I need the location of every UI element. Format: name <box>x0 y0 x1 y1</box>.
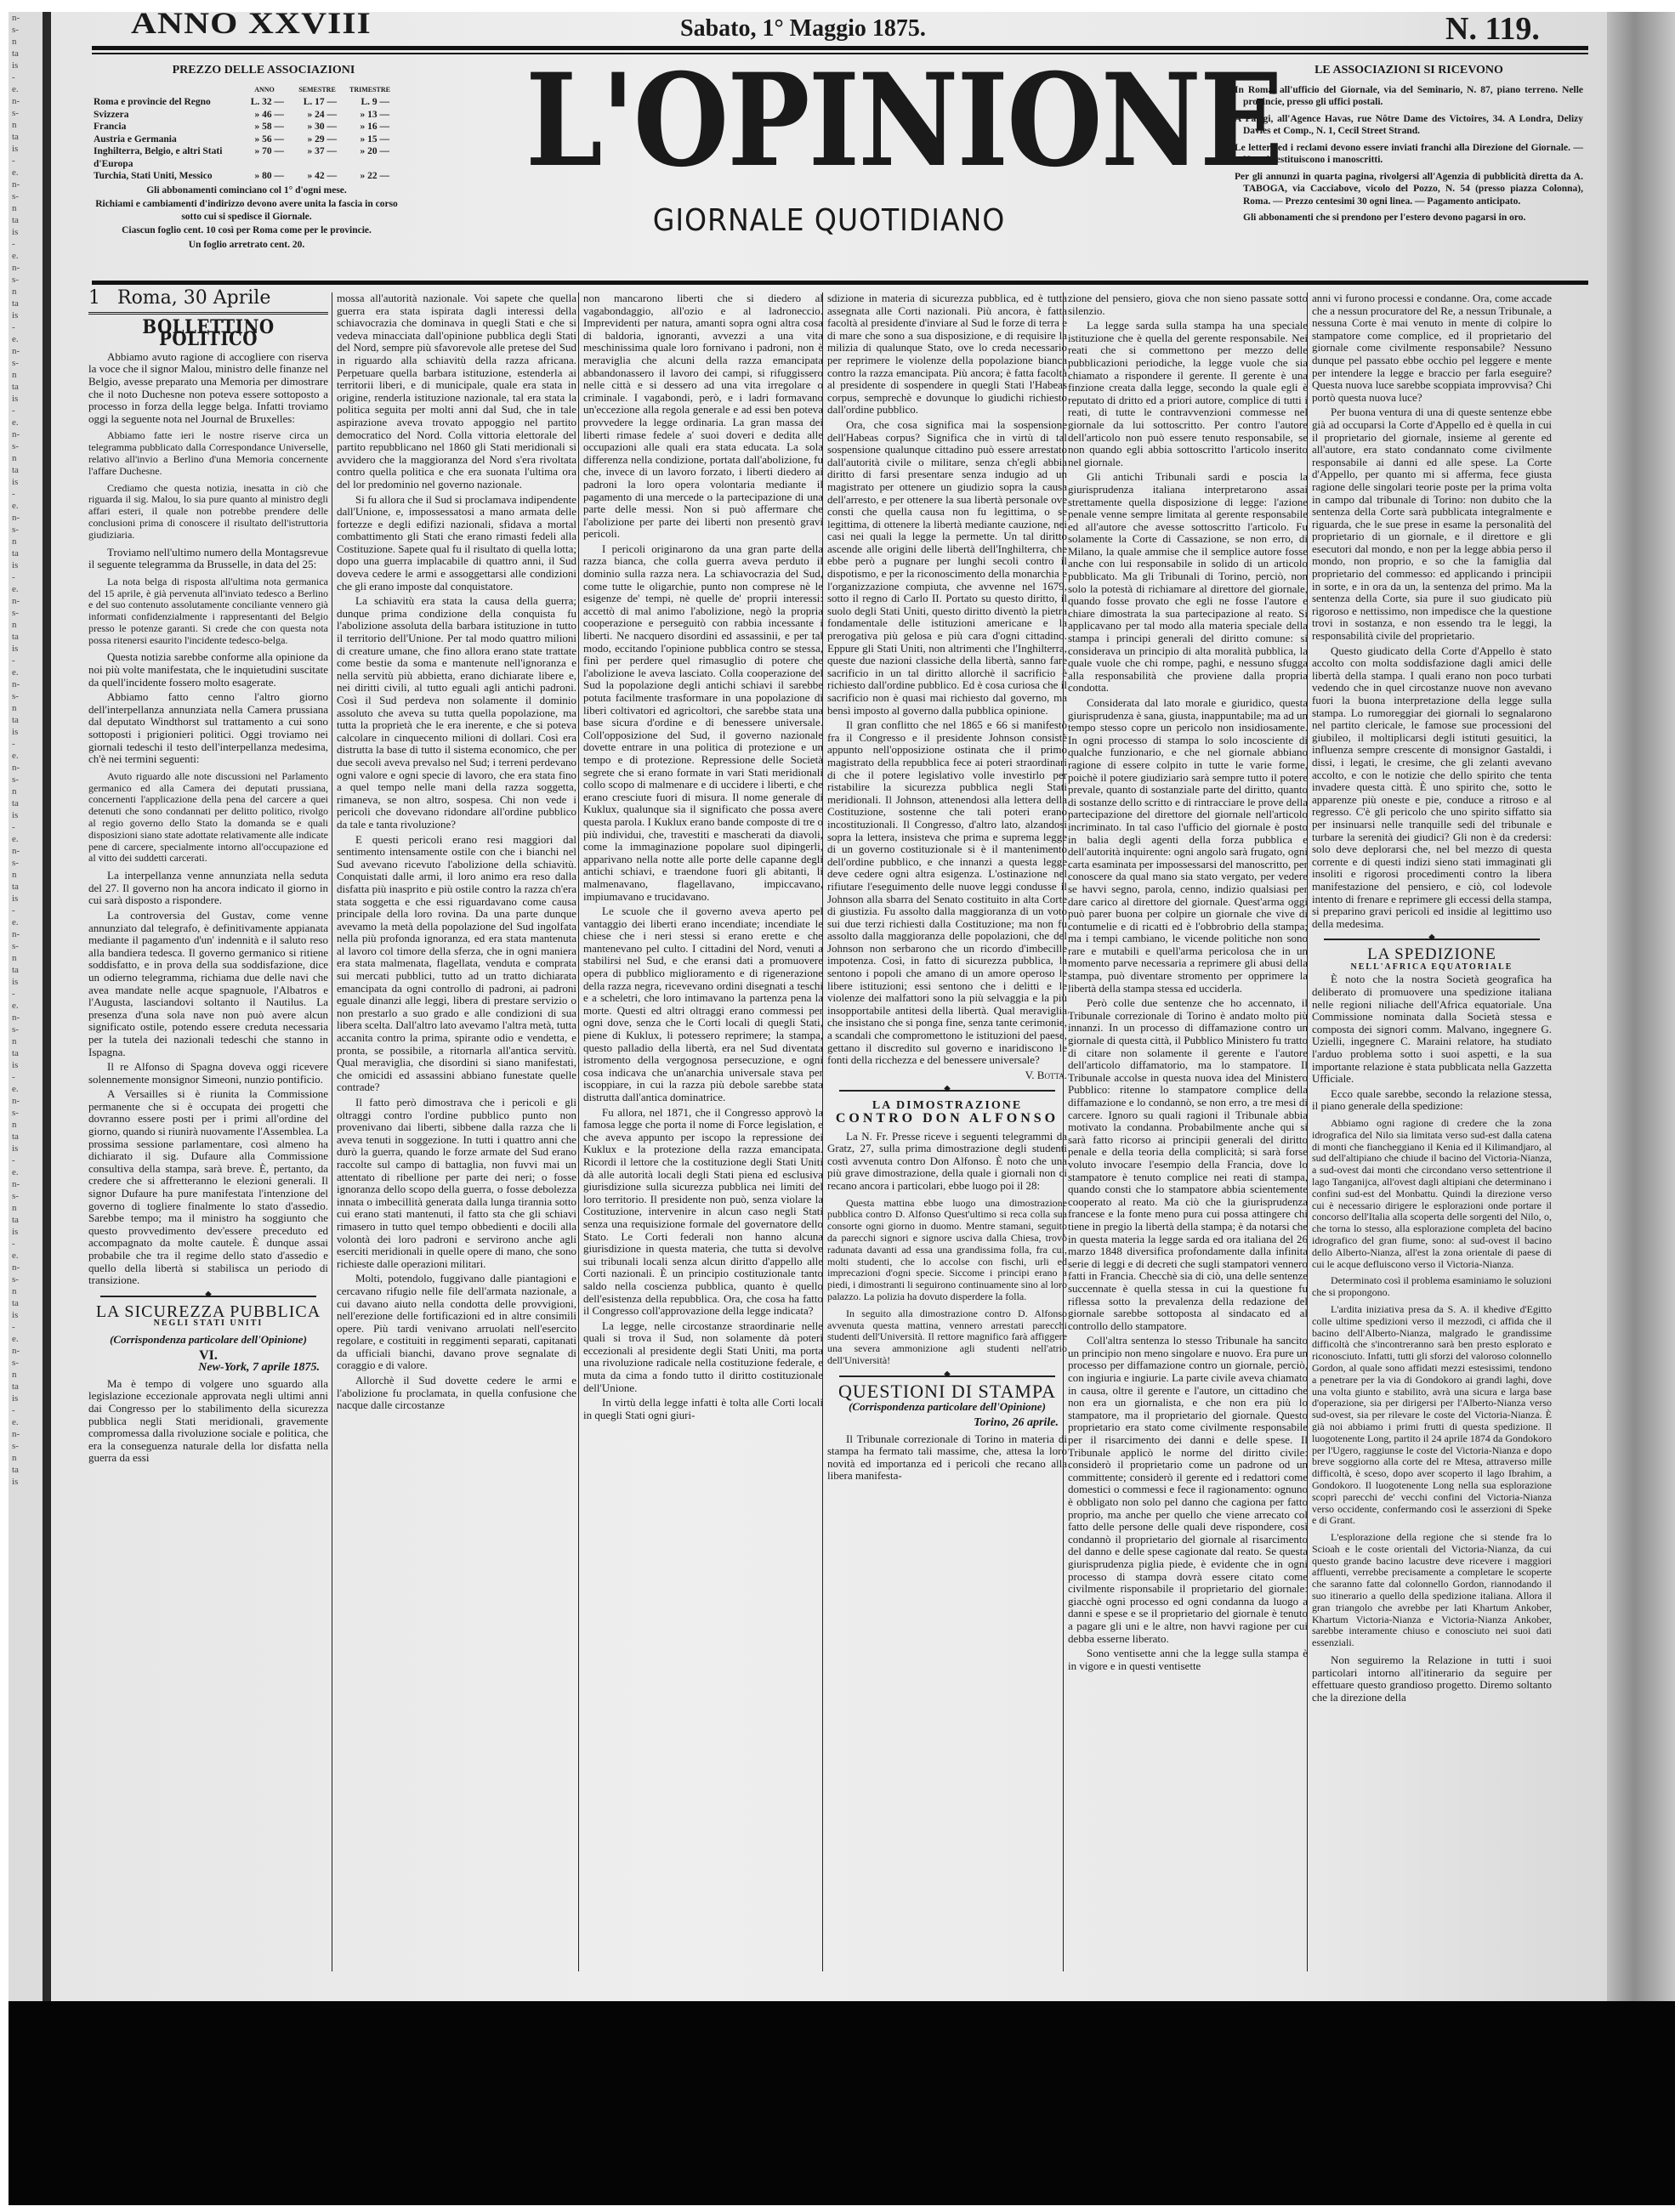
place-date: New-York, 7 aprile 1875. <box>88 1362 328 1375</box>
column-5: zione del pensiero, giova che non sieno … <box>1068 292 1308 1675</box>
paragraph: Ora, che cosa significa mai la sospensio… <box>827 419 1067 717</box>
paragraph: Troviamo nell'ultimo numero della Montag… <box>88 547 328 571</box>
prices-header-row: ANNO SEMESTRE TRIMESTRE <box>94 84 400 97</box>
paragraph: I pericoli originarono da una gran parte… <box>583 543 823 903</box>
price-row: Austria e Germania» 56 —» 29 —» 15 — <box>94 133 400 146</box>
masthead-bottom-rule <box>92 281 1588 285</box>
paragraph: La interpellanza venne annunziata nella … <box>88 870 328 907</box>
subscription-info: LE ASSOCIAZIONI SI RICEVONO In Roma, all… <box>1235 65 1583 229</box>
quote-paragraph: Abbiamo fatte ieri le nostre riserve cir… <box>88 430 328 477</box>
paragraph: sdizione in materia di sicurezza pubblic… <box>827 292 1067 417</box>
assoc-paragraph: Le lettere ed i reclami devono essere in… <box>1235 142 1583 167</box>
prices-table: Roma e provincie del RegnoL. 32 —L. 17 —… <box>94 96 400 183</box>
rule <box>88 312 328 315</box>
article-subheading: CONTRO DON ALFONSO <box>827 1113 1067 1126</box>
ornamental-rule <box>1324 939 1540 940</box>
column-2: mossa all'autorità nazionale. Voi sapete… <box>337 292 576 1415</box>
article-heading: LA SPEDIZIONE <box>1312 949 1552 961</box>
prices-note: Richiami e cambiamenti d'indirizzo devon… <box>94 198 400 223</box>
paragraph: Non seguiremo la Relazione in tutti i su… <box>1312 1654 1552 1704</box>
paragraph: Ecco quale sarebbe, secondo la relazione… <box>1312 1088 1552 1113</box>
newspaper-subtitle: GIORNALE QUOTIDIANO <box>590 203 1067 238</box>
column-separator <box>332 292 332 1971</box>
paragraph: Ma è tempo di volgere uno sguardo alla l… <box>88 1378 328 1465</box>
paragraph: E questi pericoli erano resi maggiori da… <box>337 834 576 1094</box>
paragraph: Si fu allora che il Sud si proclamava in… <box>337 494 576 593</box>
article-subheading: NELL'AFRICA EQUATORIALE <box>1312 961 1552 974</box>
assoc-paragraph: Per gli annunzi in quarta pagina, rivolg… <box>1235 171 1583 208</box>
paragraph: La controversia del Gustav, come venne a… <box>88 910 328 1058</box>
paragraph: La N. Fr. Presse riceve i seguenti teleg… <box>827 1131 1067 1193</box>
article-heading: BOLLETTINO POLITICO <box>100 321 316 346</box>
quote-paragraph: Crediamo che questa notizia, inesatta in… <box>88 483 328 542</box>
price-row: Francia» 58 —» 30 —» 16 — <box>94 121 400 133</box>
paragraph: Considerata dal lato morale e giuridico,… <box>1068 697 1308 995</box>
assoc-paragraph: A Parigi, all'Agence Havas, rue Nôtre Da… <box>1235 113 1583 138</box>
paragraph: mossa all'autorità nazionale. Voi sapete… <box>337 292 576 491</box>
paragraph: anni vi furono processi e condanne. Ora,… <box>1312 292 1552 404</box>
prices-heading: PREZZO DELLE ASSOCIAZIONI <box>128 65 400 77</box>
prices-note: Un foglio arretrato cent. 20. <box>94 239 400 252</box>
subscription-prices: PREZZO DELLE ASSOCIAZIONI ANNO SEMESTRE … <box>94 65 400 251</box>
paragraph: Coll'altra sentenza lo stesso Tribunale … <box>1068 1335 1308 1645</box>
paragraph: Molti, potendolo, fuggivano dalle pianta… <box>337 1273 576 1372</box>
paragraph: Il fatto però dimostrava che i pericoli … <box>337 1097 576 1270</box>
price-row: Svizzera» 46 —» 24 —» 13 — <box>94 109 400 122</box>
price-row: Inghilterra, Belgio, e altri Stati d'Eur… <box>94 145 400 170</box>
paragraph: Fu allora, nel 1871, che il Congresso ap… <box>583 1107 823 1318</box>
part-number: VI. <box>88 1350 328 1363</box>
column-4: sdizione in materia di sicurezza pubblic… <box>827 292 1067 1485</box>
paragraph: Questa notizia sarebbe conforme alla opi… <box>88 651 328 689</box>
paragraph: A Versailles si è riunita la Commissione… <box>88 1088 328 1287</box>
issue-date: Sabato, 1° Maggio 1875. <box>680 15 926 43</box>
paragraph: La schiavitù era stata la causa della gu… <box>337 595 576 831</box>
quote-paragraph: Questa mattina ebbe luogo una dimostrazi… <box>827 1198 1067 1303</box>
ornamental-rule <box>100 1296 316 1297</box>
paragraph: Allorchè il Sud dovette cedere le armi e… <box>337 1375 576 1412</box>
correspondence-note: (Corrispondenza particolare dell'Opinion… <box>827 1401 1067 1414</box>
price-row: Turchia, Stati Uniti, Messico» 80 —» 42 … <box>94 170 400 183</box>
column-3: non mancarono liberti che si diedero al … <box>583 292 823 1424</box>
paragraph: Il gran conflitto che nel 1865 e 66 si m… <box>827 719 1067 1067</box>
author-signature: V. Botta. <box>827 1069 1067 1082</box>
assoc-paragraph: In Roma, all'ufficio del Giornale, via d… <box>1235 84 1583 109</box>
paragraph: Però colle due sentenze che ho accennato… <box>1068 997 1308 1332</box>
paragraph: Gli antichi Tribunali sardi e poscia la … <box>1068 471 1308 695</box>
place-date: Torino, 26 aprile. <box>827 1417 1067 1430</box>
newspaper-title: L'OPINIONE <box>525 53 1133 189</box>
quote-paragraph: Determinato così il problema esaminiamo … <box>1312 1275 1552 1299</box>
prices-note: Ciascun foglio cent. 10 così per Roma co… <box>94 224 400 237</box>
correspondence-note: (Corrispondenza particolare dell'Opinion… <box>88 1334 328 1347</box>
assoc-heading: LE ASSOCIAZIONI SI RICEVONO <box>1235 65 1583 77</box>
paragraph: non mancarono liberti che si diedero al … <box>583 292 823 541</box>
paragraph: In virtù della legge infatti è tolta all… <box>583 1397 823 1421</box>
quote-paragraph: In seguito alla dimostrazione contro D. … <box>827 1308 1067 1367</box>
issue-number: N. 119. <box>1445 10 1540 48</box>
assoc-paragraph: Gli abbonamenti che si prendono per l'es… <box>1235 212 1583 224</box>
quote-paragraph: Abbiamo ogni ragione di credere che la z… <box>1312 1118 1552 1270</box>
column-separator <box>578 292 579 1971</box>
prices-note: Gli abbonamenti cominciano col 1° d'ogni… <box>94 184 400 197</box>
paragraph: La legge, nelle circostanze straordinari… <box>583 1320 823 1395</box>
volume-year: ANNO XXVIII <box>131 5 372 41</box>
paragraph: Sono ventisette anni che la legge sulla … <box>1068 1648 1308 1672</box>
paragraph: Questo giudicato della Corte d'Appello è… <box>1312 645 1552 931</box>
paragraph: Il re Alfonso di Spagna doveva oggi rice… <box>88 1061 328 1086</box>
paragraph: zione del pensiero, giova che non sieno … <box>1068 292 1308 317</box>
quote-paragraph: L'esplorazione della regione che si sten… <box>1312 1532 1552 1649</box>
quote-paragraph: La nota belga di risposta all'ultima not… <box>88 576 328 647</box>
column-1: 1 Roma, 30 Aprile BOLLETTINO POLITICO Ab… <box>88 292 328 1467</box>
quote-paragraph: Avuto riguardo alle note discussioni nel… <box>88 771 328 865</box>
dateline: 1 Roma, 30 Aprile <box>88 292 328 305</box>
column-6: anni vi furono processi e condanne. Ora,… <box>1312 292 1552 1706</box>
paragraph: È noto che la nostra Società geografica … <box>1312 973 1552 1085</box>
scan-bottom-border <box>0 2205 1675 2212</box>
paragraph: Abbiamo fatto cenno l'altro giorno dell'… <box>88 691 328 766</box>
article-heading: QUESTIONI DI STAMPA <box>827 1386 1067 1398</box>
paragraph: Per buona ventura di una di queste sente… <box>1312 406 1552 642</box>
binding-gutter <box>43 12 51 2001</box>
ornamental-rule <box>839 1375 1055 1377</box>
price-row: Roma e provincie del RegnoL. 32 —L. 17 —… <box>94 96 400 109</box>
paragraph: Le scuole che il governo aveva aperto pe… <box>583 905 823 1104</box>
paragraph: La legge sarda sulla stampa ha una speci… <box>1068 320 1308 468</box>
paragraph: Abbiamo avuto ragione di accogliere con … <box>88 351 328 426</box>
article-heading: LA SICUREZZA PUBBLICA <box>88 1306 328 1319</box>
ornamental-rule <box>839 1090 1055 1092</box>
quote-paragraph: L'ardita iniziativa presa da S. A. il kh… <box>1312 1304 1552 1527</box>
newspaper-page: ANNO XXVIII Sabato, 1° Maggio 1875. N. 1… <box>51 12 1607 2001</box>
paragraph: Il Tribunale correzionale di Torino in m… <box>827 1433 1067 1483</box>
page-right-edge <box>1607 12 1675 2001</box>
